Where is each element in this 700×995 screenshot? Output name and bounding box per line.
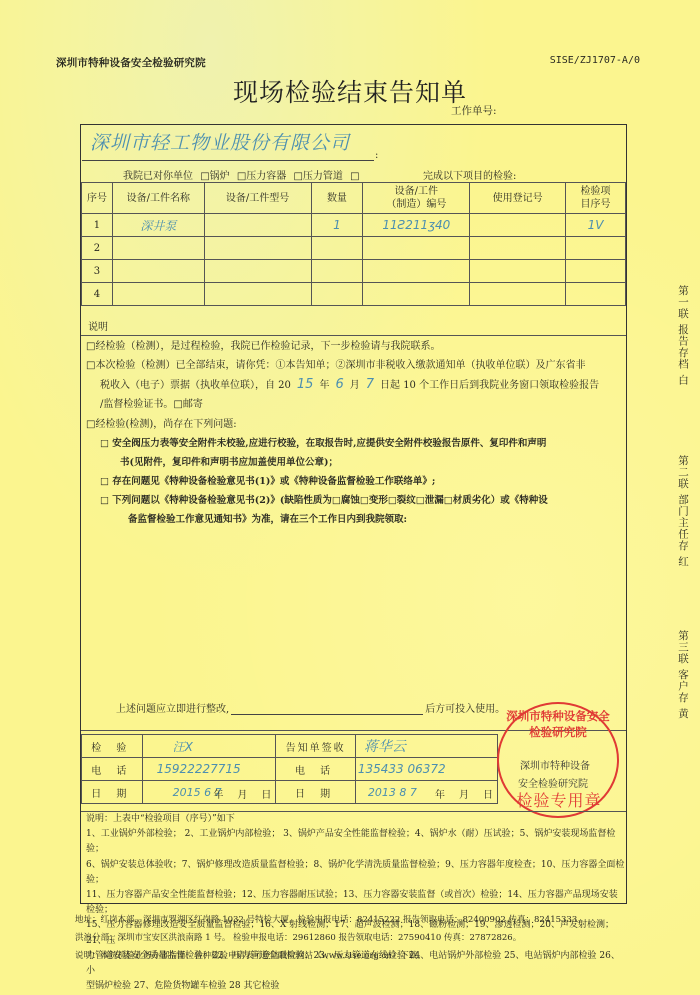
organization-name: 深圳市特种设备安全检验研究院	[56, 55, 206, 70]
intro-prefix: 我院已对你单位	[123, 171, 193, 182]
intro-suffix: 完成以下项目的检验:	[423, 167, 516, 182]
cell-name[interactable]: 深井泵	[112, 214, 204, 237]
inspector-signature[interactable]: 汪X	[142, 735, 276, 758]
option-pressure-vessel[interactable]: □压力容器	[237, 171, 286, 182]
day-unit: 日	[483, 790, 493, 801]
inspector-date[interactable]: 2015 6 7 年月日	[142, 781, 276, 804]
col-header-model: 设备/工件型号	[204, 183, 311, 214]
legend-line: 6、锅炉安装总体验收；7、锅炉修理改造质量监督检验；8、锅炉化学清洗质量监督检验…	[86, 858, 626, 888]
year-label: 年	[319, 380, 329, 391]
option-pressure-pipe[interactable]: □压力管道	[293, 171, 342, 182]
col-header-reg: 使用登记号	[470, 183, 566, 214]
cell-model[interactable]	[204, 283, 311, 306]
cell-serial[interactable]: 11Ƨ211ʒ40	[363, 214, 470, 237]
inspection-item-legend: 说明：上表中“检验项目（序号）”如下 1、工业锅炉外部检验； 2、工业锅炉内部检…	[86, 812, 626, 994]
date-units: 年月日	[199, 786, 271, 801]
option-boiler[interactable]: □锅炉	[200, 171, 229, 182]
work-order-label: 工作单号:	[451, 103, 497, 118]
table-row: 3	[82, 260, 626, 283]
signoff-row-date: 日 期 2015 6 7 年月日 日 期 2013 8 7 年月日	[82, 781, 498, 804]
inspector-label: 检 验	[82, 735, 143, 758]
recipient-underline	[82, 160, 374, 161]
cell-item[interactable]	[566, 260, 626, 283]
signoff-row-phone: 电 话 15922227715 电 话 135433 06372	[82, 758, 498, 781]
col-header-no: 序号	[82, 183, 113, 214]
notes-label: 说明	[88, 318, 108, 333]
copy-label-2: 第二联 部门主任存 红	[676, 455, 690, 567]
day-unit: 日	[261, 790, 271, 801]
rectify-blank[interactable]	[231, 704, 423, 715]
inspection-items-table: 序号 设备/工件名称 设备/工件型号 数量 设备/工件 （制造）编号 使用登记号…	[81, 182, 626, 306]
cell-model[interactable]	[204, 214, 311, 237]
note-option-complete-line2: 税收入（电子）票据（执收单位联），自 2015年6月7日起 10 个工作日后到我…	[86, 375, 621, 395]
issue-opinion-letter-2-line2: 备监督检验工作意见通知书》为准，请在三个工作日内到我院领取:	[86, 510, 621, 529]
col-header-name: 设备/工件名称	[112, 183, 204, 214]
handwritten-month: 6	[329, 377, 349, 392]
divider	[81, 335, 626, 336]
recipient-colon: :	[375, 150, 378, 161]
cell-reg[interactable]	[470, 237, 566, 260]
rectify-suffix: 后方可投入使用。	[425, 704, 505, 715]
inspector-phone-label: 电 话	[82, 758, 143, 781]
page-title: 现场检验结束告知单	[0, 73, 700, 109]
recipient-handwritten: 深圳市轻工物业股份有限公司	[90, 128, 350, 155]
month-unit: 月	[459, 790, 469, 801]
cell-qty[interactable]	[311, 237, 363, 260]
col-header-item: 检验项 目序号	[566, 183, 626, 214]
col-header-qty: 数量	[311, 183, 363, 214]
cell-qty[interactable]	[311, 283, 363, 306]
signoff-table: 检 验 汪X 告知单签收 蒋华云 电 话 15922227715 电 话 135…	[81, 734, 498, 804]
rectify-prefix: 上述问题应立即进行整改,	[116, 704, 229, 715]
cell-model[interactable]	[204, 237, 311, 260]
receipt-phone[interactable]: 135433 06372	[355, 758, 497, 781]
cell-item[interactable]	[566, 283, 626, 306]
receipt-phone-label: 电 话	[276, 758, 355, 781]
receipt-date-label: 日 期	[276, 781, 355, 804]
signoff-row-signature: 检 验 汪X 告知单签收 蒋华云	[82, 735, 498, 758]
year-unit: 年	[435, 790, 445, 801]
receipt-signature[interactable]: 蒋华云	[355, 735, 497, 758]
table-row: 1 深井泵 1 11Ƨ211ʒ40 1V	[82, 214, 626, 237]
receipt-date-handwritten: 2013 8 7	[360, 786, 417, 799]
cell-name[interactable]	[112, 237, 204, 260]
handwritten-year: 15	[291, 377, 320, 392]
receipt-date[interactable]: 2013 8 7 年月日	[355, 781, 497, 804]
cell-item[interactable]: 1V	[566, 214, 626, 237]
legend-title: 说明：上表中“检验项目（序号）”如下	[86, 812, 626, 827]
table-row: 4	[82, 283, 626, 306]
cell-qty[interactable]: 1	[311, 214, 363, 237]
cell-item[interactable]	[566, 237, 626, 260]
footer-website-note: 说明：本院检验业务办事指南、各种检验申请表可登陆我院网站（www.sise.or…	[75, 949, 426, 961]
handwritten-day: 7	[360, 377, 380, 392]
option-other[interactable]: □	[350, 171, 359, 182]
issue-safety-accessories[interactable]: □ 安全阀压力表等安全附件未校验,应进行校验，在取报告时,应提供安全附件校验报告…	[86, 434, 621, 453]
copy-label-3: 第三联 客户存 黄	[676, 630, 690, 719]
cell-qty[interactable]	[311, 260, 363, 283]
col-header-serial: 设备/工件 （制造）编号	[363, 183, 470, 214]
footer-address-branch: 洪浪分部：深圳市宝安区洪浪南路 1 号。 检验申报电话：29612860 报告领…	[75, 931, 521, 943]
footer-address-hq: 地址：红岗本部，深圳市罗湖区红岗路 1032 号特检大厦。检验申报电话：8241…	[75, 913, 586, 925]
cell-no: 3	[82, 260, 113, 283]
notes-section: □经检验（检测），是过程检验，我院已作检验记录，下一步检验请与我院联系。 □本次…	[86, 337, 621, 529]
month-label: 月	[350, 380, 360, 391]
table-header-row: 序号 设备/工件名称 设备/工件型号 数量 设备/工件 （制造）编号 使用登记号…	[82, 183, 626, 214]
inspector-date-label: 日 期	[82, 781, 143, 804]
copy-label-1: 第一联 报告存档 白	[676, 285, 690, 386]
cell-name[interactable]	[112, 283, 204, 306]
month-unit: 月	[237, 790, 247, 801]
receipt-label: 告知单签收	[276, 735, 355, 758]
cell-model[interactable]	[204, 260, 311, 283]
cell-name[interactable]	[112, 260, 204, 283]
form-code: SISE/ZJ1707-A/0	[550, 55, 640, 66]
cell-reg[interactable]	[470, 260, 566, 283]
legend-line: 1、工业锅炉外部检验； 2、工业锅炉内部检验； 3、锅炉产品安全性能监督检验；4…	[86, 827, 626, 857]
note-option-process[interactable]: □经检验（检测），是过程检验，我院已作检验记录，下一步检验请与我院联系。	[86, 337, 621, 356]
note-text: 日起 10 个工作日后到我院业务窗口领取检验报告	[380, 380, 599, 391]
note-text: 税收入（电子）票据（执收单位联），自 20	[100, 380, 291, 391]
seal-inner-line1: 深圳市特种设备	[520, 757, 590, 772]
cell-no: 2	[82, 237, 113, 260]
table-row: 2	[82, 237, 626, 260]
cell-serial[interactable]	[363, 283, 470, 306]
seal-bottom-text: 检验专用章	[513, 788, 605, 811]
cell-reg[interactable]	[470, 214, 566, 237]
inspector-phone[interactable]: 15922227715	[142, 758, 276, 781]
date-units: 年月日	[421, 786, 493, 801]
year-unit: 年	[213, 790, 223, 801]
issue-opinion-letter-1[interactable]: □ 存在问题见《特种设备检验意见书(1)》或《特种设备监督检验工作联络单》;	[86, 472, 621, 491]
issue-opinion-letter-2[interactable]: □ 下列问题以《特种设备检验意见书(2)》(缺陷性质为□腐蚀□变形□裂纹□泄漏□…	[86, 491, 621, 510]
cell-no: 4	[82, 283, 113, 306]
note-option-complete-line3[interactable]: /监督检验证书。□邮寄	[86, 395, 621, 414]
cell-reg[interactable]	[470, 283, 566, 306]
cell-no: 1	[82, 214, 113, 237]
cell-serial[interactable]	[363, 260, 470, 283]
legend-line: 型锅炉检验 27、危险货物罐车检验 28 其它检验	[86, 979, 626, 994]
note-option-issues[interactable]: □经检验(检测)，尚存在下列问题:	[86, 415, 621, 434]
seal-outer-text: 深圳市特种设备安全检验研究院	[505, 708, 611, 740]
note-option-complete[interactable]: □本次检验（检测）已全部结束，请你凭：①本告知单；②深圳市非税收入缴款通知单（执…	[86, 356, 621, 375]
rectify-line: 上述问题应立即进行整改,后方可投入使用。	[116, 700, 505, 715]
issue-safety-accessories-line2: 书(见附件，复印件和声明书应加盖使用单位公章)；	[86, 453, 621, 472]
intro-line: 我院已对你单位 □锅炉 □压力容器 □压力管道 □	[123, 167, 360, 182]
cell-serial[interactable]	[363, 237, 470, 260]
